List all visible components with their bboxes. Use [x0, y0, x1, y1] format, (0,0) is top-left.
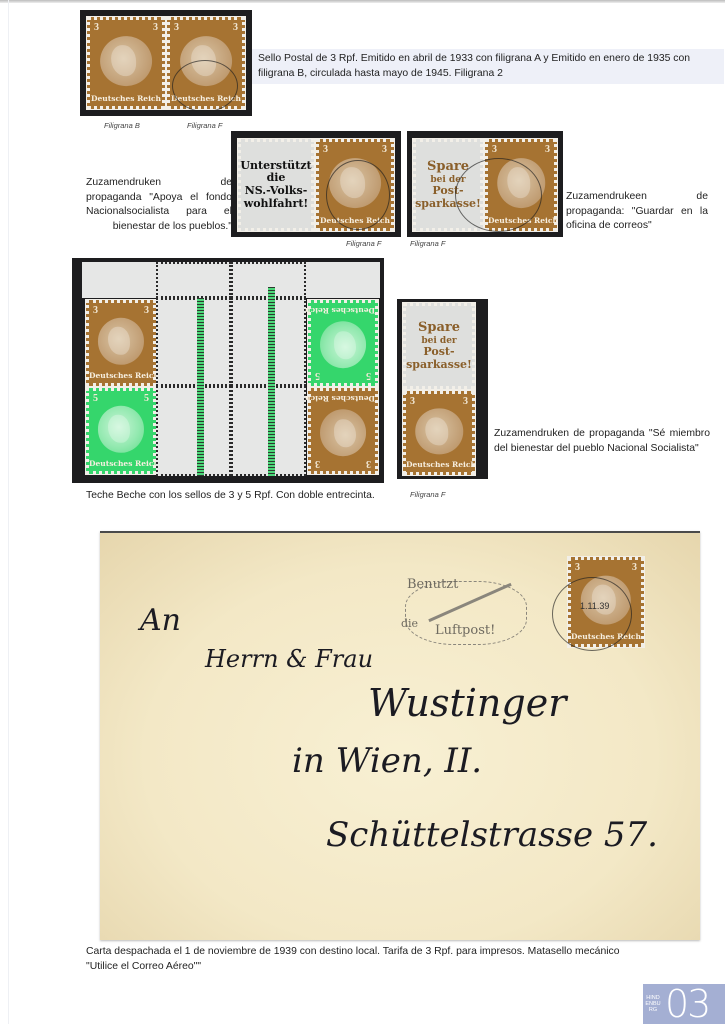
propaganda-label-sparkasse: Spare bei der Post- sparkasse! — [413, 139, 483, 231]
hindenburg-portrait-icon — [320, 409, 366, 455]
series-label: HINDENBURG — [645, 995, 661, 1013]
stamp-3rpf: 3 3 Deutsches Reich — [316, 139, 394, 231]
cover-caption: Carta despachada el 1 de noviembre de 19… — [86, 945, 626, 974]
hindenburg-portrait-icon — [320, 321, 366, 367]
propaganda-label-sparkasse: Spare bei der Post- sparkasse! — [403, 303, 475, 389]
page-number: 03 — [665, 982, 709, 1024]
section3-pair-caption: Zuzamendruken de propaganda "Sé miembro … — [494, 427, 710, 456]
page-left-rule — [8, 0, 9, 1024]
gutter-pane — [156, 298, 231, 386]
address-line: Herrn & Frau — [205, 645, 373, 673]
postmark-date: 1.11.39 — [580, 601, 609, 611]
hindenburg-portrait-icon — [98, 318, 144, 364]
envelope-cover: Benutzt die Luftpost! 3 3 Deutsches Reic… — [100, 531, 700, 940]
watermark-label: Filigrana F — [410, 239, 445, 248]
hindenburg-portrait-icon — [180, 36, 232, 86]
block-stamp-5rpf: 5 5 Deutsches Reich — [86, 388, 156, 474]
gutter-pane — [156, 386, 231, 476]
propaganda-label-nsv: Unterstützt die NS.-Volks- wohlfahrt! — [238, 139, 314, 231]
hindenburg-portrait-icon — [497, 158, 545, 208]
block-stamp-5rpf-inverted: 5 5 Deutsches Reich — [308, 300, 378, 386]
page-top-edge — [0, 0, 725, 3]
hindenburg-portrait-icon — [100, 36, 152, 86]
section3-block-caption: Teche Beche con los sellos de 3 y 5 Rpf.… — [86, 489, 386, 504]
watermark-label: Filigrana B — [104, 121, 140, 130]
watermark-label: Filigrana F — [410, 490, 445, 499]
section1-caption: Sello Postal de 3 Rpf. Emitido en abril … — [252, 49, 724, 84]
stamp-3rpf-filigrana-b: 3 3 Deutsches Reich — [87, 17, 165, 109]
slogan-cancel-luftpost: Benutzt die Luftpost! — [395, 573, 530, 653]
gutter-strip-bars — [268, 287, 275, 476]
address-line: An — [140, 603, 181, 638]
address-line: Wustinger — [368, 681, 566, 725]
watermark-label: Filigrana F — [346, 239, 381, 248]
section2-left-caption: Zuzamendruken de propaganda "Apoya el fo… — [86, 176, 232, 234]
page-number-badge: HINDENBURG 03 — [643, 984, 725, 1024]
hindenburg-portrait-icon — [415, 409, 463, 454]
address-line: in Wien, II. — [292, 741, 482, 781]
margin-cell — [156, 262, 231, 298]
hindenburg-portrait-icon — [98, 406, 144, 452]
watermark-label: Filigrana F — [187, 121, 222, 130]
stamp-3rpf: 3 3 Deutsches Reich — [485, 139, 557, 231]
block-stamp-3rpf: 3 3 Deutsches Reich — [86, 300, 156, 386]
hindenburg-portrait-icon — [329, 158, 381, 208]
section2-right-caption: Zuzamendrukeen de propaganda: "Guardar e… — [566, 190, 708, 234]
stamp-3rpf-filigrana-f: 3 3 Deutsches Reich — [167, 17, 245, 109]
stamp-3rpf: 3 3 Deutsches Reich — [403, 391, 475, 475]
gutter-strip-bars — [197, 298, 204, 476]
block-stamp-3rpf-inverted: 3 3 Deutsches Reich — [308, 388, 378, 474]
address-line: Schüttelstrasse 57. — [326, 815, 658, 855]
